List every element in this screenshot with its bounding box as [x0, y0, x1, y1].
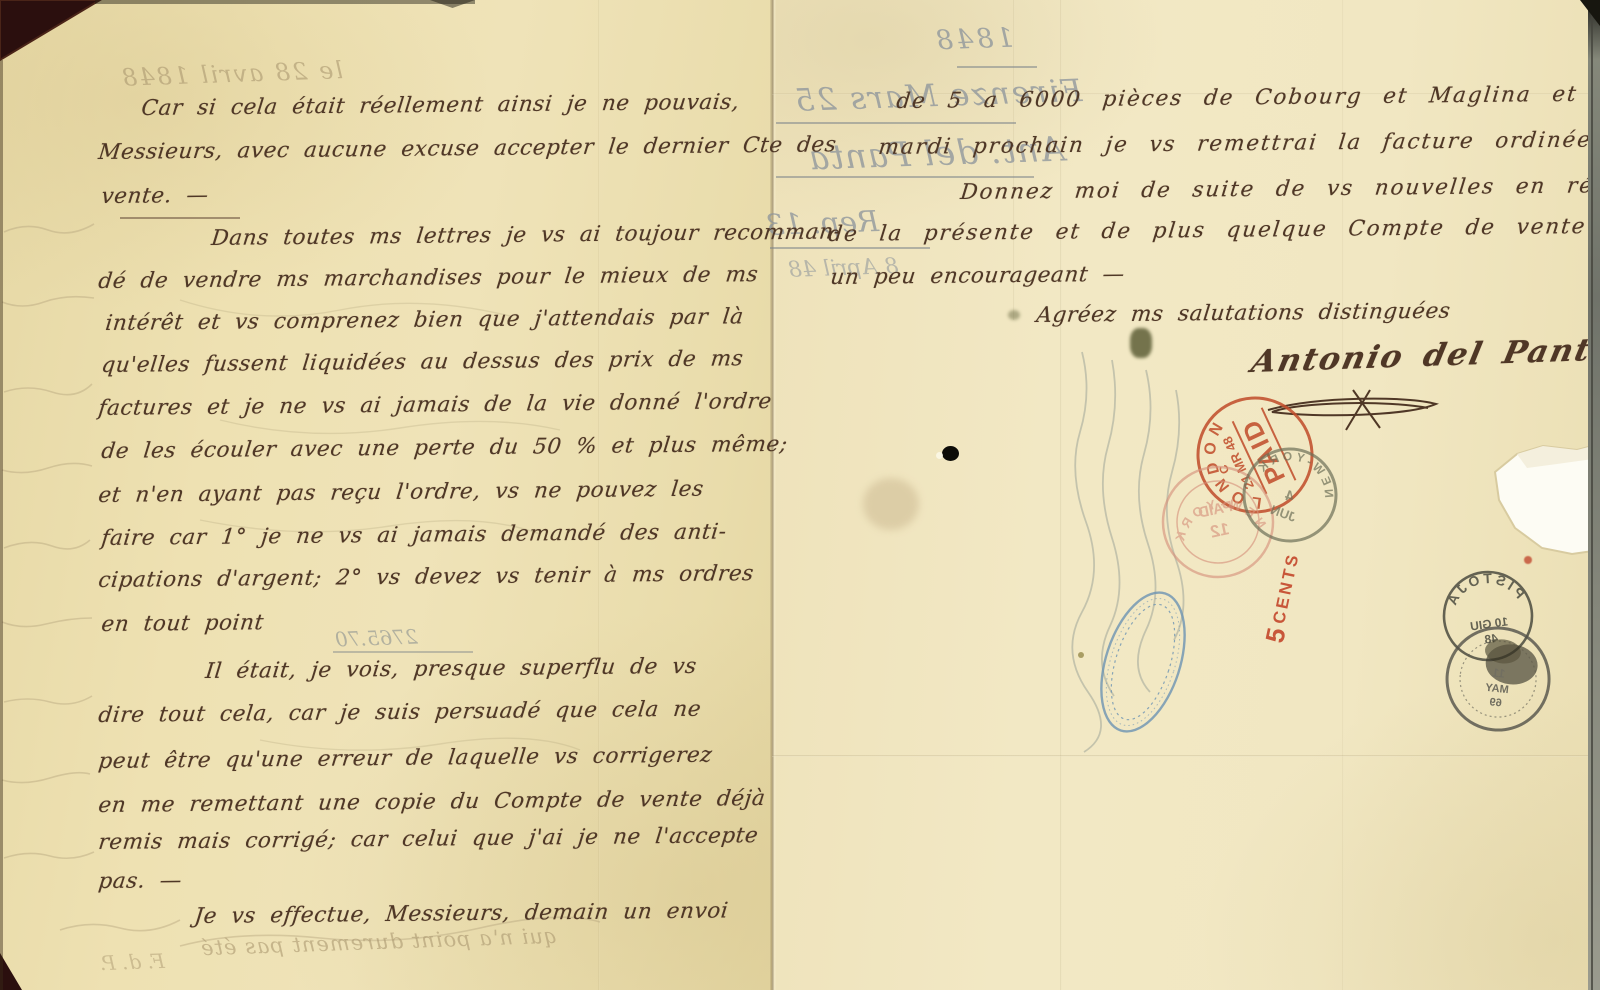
postmark-transit-back: 11 MAY 69	[1434, 616, 1560, 742]
letter-line: un peu encourageant —	[829, 261, 1126, 292]
speck	[1078, 652, 1084, 658]
svg-text:11: 11	[1491, 665, 1505, 680]
svg-text:PISTOJA: PISTOJA	[1439, 564, 1530, 611]
letter-line: Il était, je vois, presque superflu de v…	[204, 653, 698, 686]
svg-text:JUN: JUN	[1269, 502, 1299, 525]
docket-underline	[957, 66, 1037, 68]
torn-corner-top-left	[0, 0, 110, 70]
torn-corner-bottom-left	[0, 945, 30, 990]
letter-line: Agréez ms salutations distinguées	[1035, 298, 1452, 330]
scanned-letter: 1848 Firenze Mars 25 Ant. del Panta Rep.…	[0, 0, 1600, 990]
torn-seal-hole	[1487, 438, 1600, 563]
olive-smudge	[1008, 310, 1020, 320]
amount-bleed: 2765.70	[335, 625, 419, 652]
docket-underline	[776, 122, 1016, 124]
dark-corner-top-right	[1580, 0, 1600, 28]
docket-year-bleed: 1848	[932, 23, 1014, 57]
scan-edge-line	[1591, 0, 1593, 990]
svg-text:69: 69	[1489, 696, 1502, 709]
scan-edge-right	[1588, 0, 1600, 990]
ink-blot-highlight	[936, 452, 943, 459]
scan-edge-top	[95, 0, 475, 4]
letter-line: Je vs effectue, Messieurs, demain un env…	[193, 897, 730, 931]
olive-smudge	[1130, 328, 1152, 358]
letter-line: pas. —	[97, 867, 184, 896]
amount-underline	[333, 651, 473, 653]
ink-blot	[942, 446, 959, 461]
paragraph-rule	[120, 217, 240, 219]
left-initials-bleed: F. d. P.	[100, 949, 166, 975]
fold-crease-horizontal	[772, 755, 1600, 757]
scan-edge-left	[0, 60, 3, 990]
forwarding-agent-oval-stamp	[1078, 572, 1208, 752]
letter-line: vente. —	[100, 182, 210, 211]
paper-stain	[863, 478, 919, 530]
svg-text:4: 4	[1282, 487, 1296, 506]
letter-line: en tout point	[100, 609, 266, 639]
svg-text:MAY: MAY	[1484, 682, 1509, 696]
